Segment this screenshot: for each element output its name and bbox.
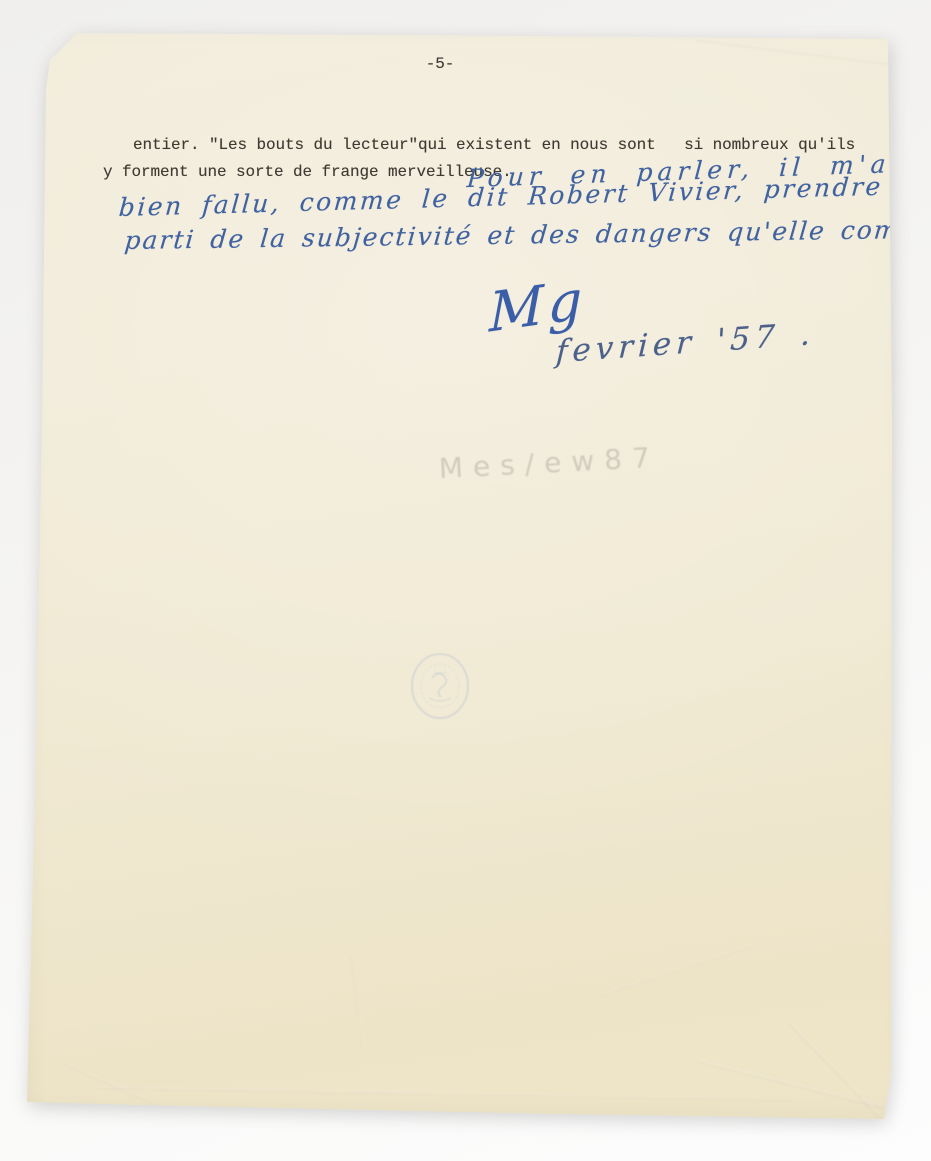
typed-line: entier. "Les bouts du lecteur"qui existe… — [133, 136, 855, 154]
corner-fold-crease — [51, 17, 84, 47]
page-number: -5- — [417, 55, 463, 73]
round-stamp-icon — [408, 650, 472, 722]
paper-crease — [700, 1060, 885, 1109]
date-inscription: fevrier '57 . — [555, 316, 816, 370]
paper-shadow-wrap: -5- entier. "Les bouts du lecteur"qui ex… — [0, 0, 931, 1161]
scan-background: -5- entier. "Les bouts du lecteur"qui ex… — [0, 0, 931, 1161]
paper-crease — [59, 1060, 170, 1112]
corner-fold-crease — [789, 1022, 883, 1119]
document-page: -5- entier. "Les bouts du lecteur"qui ex… — [0, 0, 931, 1161]
paper-crease — [90, 1086, 790, 1101]
paper-crease — [351, 956, 366, 1051]
handwritten-line: parti de la subjectivité et des dangers … — [123, 214, 931, 255]
pencil-inscription: Mes/ew87 — [438, 440, 661, 485]
paper-crease — [695, 38, 894, 65]
typed-line: y forment une sorte de frange merveilleu… — [103, 163, 512, 181]
paper-crease — [600, 945, 753, 997]
